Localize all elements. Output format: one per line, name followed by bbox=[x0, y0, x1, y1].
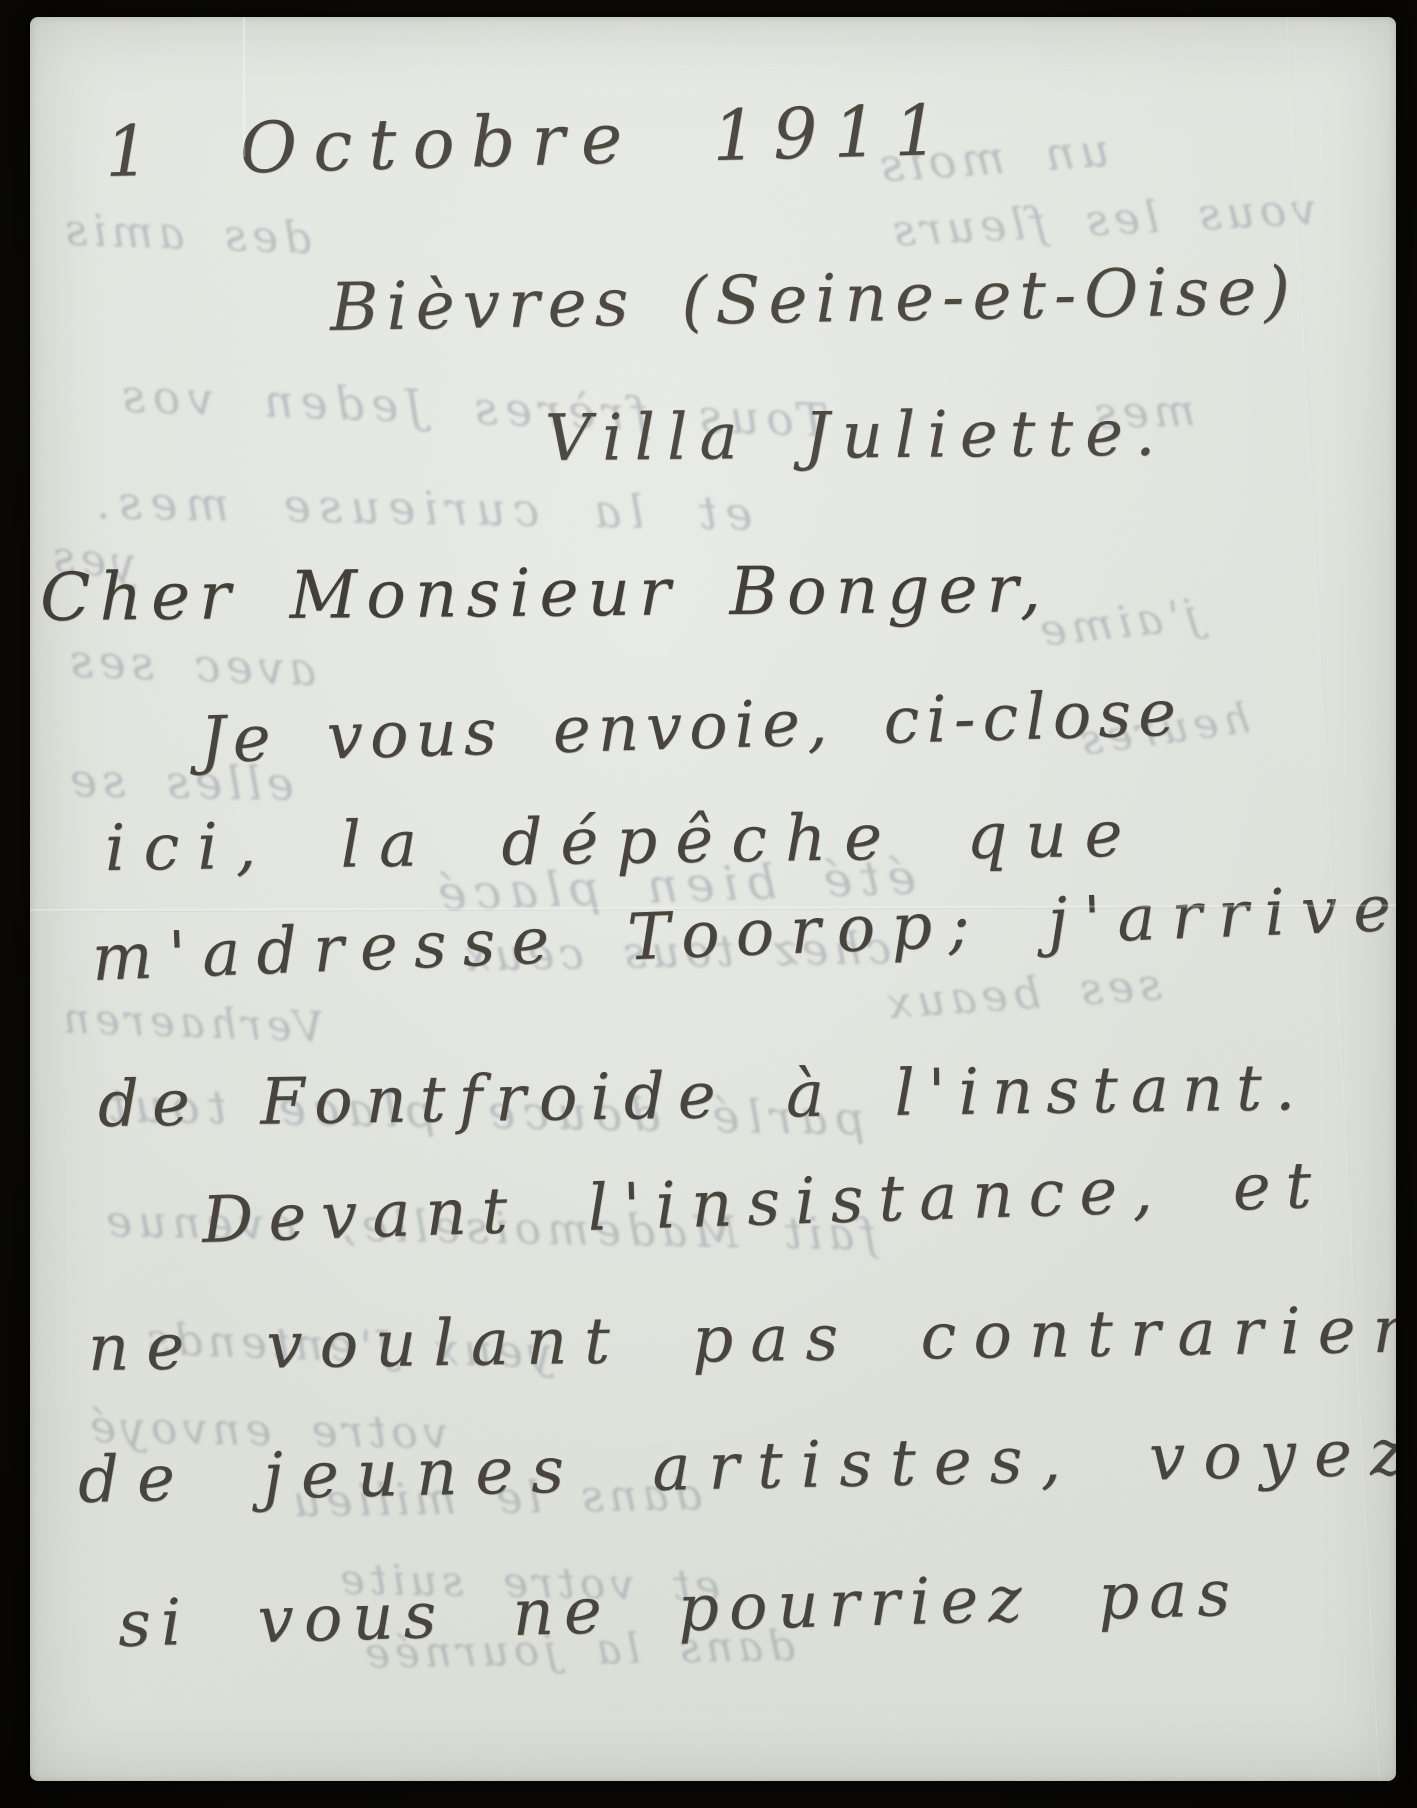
letter-line-salutation: Cher Monsieur Bonger, bbox=[40, 556, 1050, 631]
letter-body-line: m'adresse Toorop; j'arrive bbox=[91, 877, 1396, 991]
letter-paper-sheet: un mois vous les fleurs des amis Tous fr… bbox=[30, 17, 1396, 1781]
scan-black-mat: un mois vous les fleurs des amis Tous fr… bbox=[0, 0, 1417, 1808]
verso-bleedthrough-fragment: vous les fleurs bbox=[887, 188, 1317, 254]
letter-body-line: si vous ne pourriez pas bbox=[117, 1562, 1241, 1657]
verso-bleedthrough-fragment: Verhaeren bbox=[57, 997, 324, 1048]
letter-body-line: de jeunes artistes, voyez bbox=[77, 1421, 1396, 1513]
letter-body-line: ici, la dépêche que bbox=[105, 803, 1141, 881]
letter-line-villa: Villa Juliette. bbox=[545, 402, 1168, 471]
letter-body-line: Devant l'insistance, et bbox=[201, 1154, 1327, 1253]
verso-bleedthrough-fragment: des amis bbox=[59, 209, 312, 262]
letter-body-line: Je vous envoie, ci-close bbox=[199, 682, 1184, 773]
letter-body-line: de Fontfroide à l'instant. bbox=[98, 1056, 1309, 1137]
verso-bleedthrough-fragment: ses beaux bbox=[881, 963, 1163, 1026]
verso-bleedthrough-fragment: et la curieuse mes. bbox=[88, 479, 753, 537]
letter-line-place: Bièvres (Seine-et-Oise) bbox=[329, 258, 1298, 341]
verso-bleedthrough-fragment: j'aime bbox=[1033, 594, 1201, 655]
letter-body-line: ne voulant pas contrarier bbox=[88, 1298, 1396, 1381]
verso-bleedthrough-fragment: avec ses bbox=[64, 638, 317, 693]
letter-line-date: 1 Octobre 1911 bbox=[104, 95, 955, 187]
